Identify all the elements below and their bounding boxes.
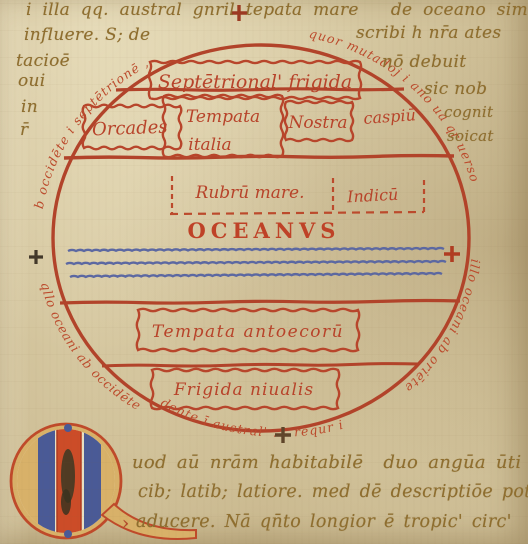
label-caspium: caspiū <box>363 105 417 128</box>
zone-boundary-south <box>102 364 418 366</box>
label-rubrum-mare: Rubrū mare. <box>195 183 305 203</box>
margin-note-sic-nob: sic nob <box>424 80 487 99</box>
label-temperata-antoecorum: Tempata antoecorū <box>152 322 344 342</box>
rim-text-bottom-right: requr i <box>294 417 346 440</box>
margin-note-top: i illa qq. austral gnril tepata mare de … <box>26 1 528 20</box>
ocean-wave-lines <box>66 248 446 277</box>
label-frigida-nivalis: Frigida niualis <box>173 380 314 400</box>
label-indicum: Indicū <box>346 185 399 207</box>
label-temperata-line1: Tempata <box>186 107 260 127</box>
rim-text-right-lower: illo oceani ab oriēte <box>401 258 483 396</box>
wave-line-1 <box>68 248 444 251</box>
zone-boundary-tropic-south <box>60 301 460 304</box>
bottom-paragraph-line2: cib; latib; latiore. med dē descriptiōe… <box>138 483 528 502</box>
manuscript-page: Septētrional' frigida Orcades Tempata it… <box>0 0 528 544</box>
margin-note-in: in <box>21 98 38 117</box>
label-septentrionalis-frigida: Septētrional' frigida <box>158 71 352 93</box>
wave-line-3 <box>70 273 442 277</box>
margin-note-oui: oui <box>18 72 46 91</box>
margin-note-soicat: soicat <box>447 128 494 145</box>
rim-text-bottom-left: dente ī austral' . <box>158 395 278 440</box>
margin-note-scribi: scribi h nr̄a ates <box>356 24 501 43</box>
margin-note-tacioe: tacioē <box>16 52 70 71</box>
label-temperata-line2: italia <box>188 135 231 155</box>
label-oceanus: OCEANVS <box>188 218 341 243</box>
margin-note-r: r̄ <box>20 121 28 140</box>
label-orcades: Orcades <box>92 117 168 141</box>
bottom-paragraph-line1: uod aū nrām habitabilē duo angūa ūti <box>132 453 521 473</box>
initial-q-top-dot <box>64 424 72 432</box>
margin-note-cognit: cognit <box>444 104 493 121</box>
east-cross-icon <box>444 246 460 262</box>
label-nostra: Nostra <box>288 113 348 133</box>
wave-line-2 <box>66 261 446 264</box>
west-cross-icon <box>29 250 43 264</box>
margin-note-influere: influere. S; de <box>24 26 150 45</box>
margin-note-debuit: nō debuit <box>382 53 466 72</box>
paragraph-mark: › <box>122 514 130 534</box>
bottom-paragraph-line3: aducere. Nā qn̄to longior ē tropic' circ… <box>136 513 512 532</box>
initial-q-bottom-dot <box>64 530 72 538</box>
